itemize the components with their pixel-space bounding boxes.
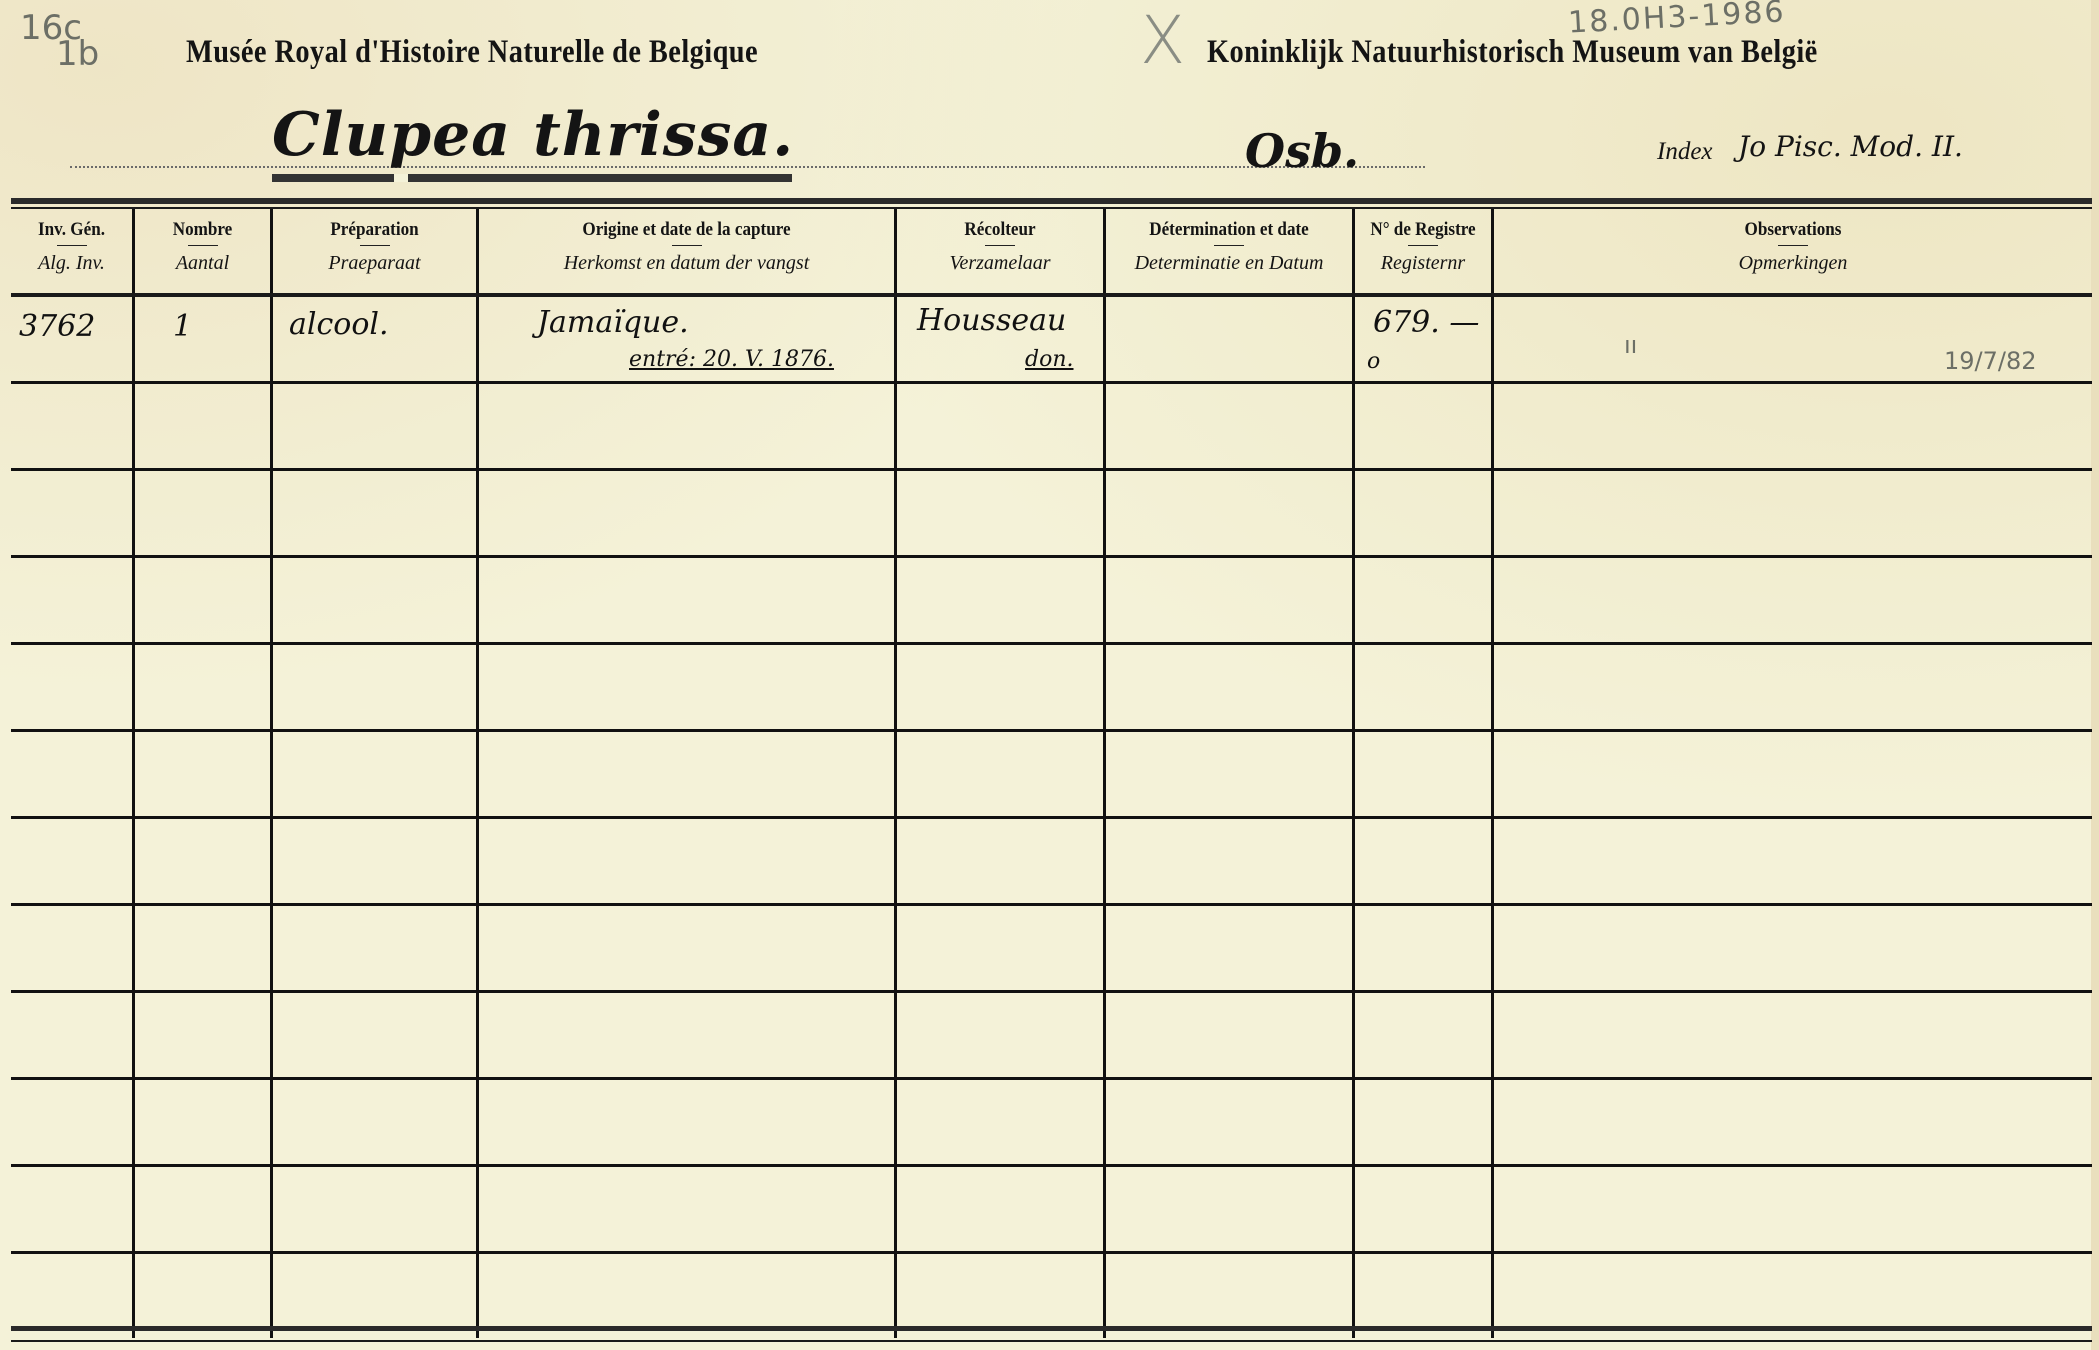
collector-name: Housseau [917, 303, 1066, 338]
empty-cell [1355, 993, 1494, 1077]
empty-cell [1106, 906, 1355, 990]
empty-cell [1494, 645, 2092, 729]
register-mark: o [1367, 349, 1380, 374]
divider [672, 245, 702, 246]
cell-determination [1106, 297, 1355, 381]
empty-cell [479, 384, 897, 468]
empty-cell [1106, 1167, 1355, 1251]
column-header-fr: Origine et date de la capture [500, 219, 874, 241]
empty-cell [1106, 384, 1355, 468]
empty-cell [135, 645, 273, 729]
empty-cell [135, 1080, 273, 1164]
empty-cell [273, 645, 479, 729]
column-header-fr: Détermination et date [1118, 219, 1339, 241]
empty-cell [1106, 732, 1355, 816]
cell-observations: ıı 19/7/82 [1494, 297, 2092, 381]
empty-cell [897, 819, 1106, 903]
index-label: Index [1657, 138, 1713, 166]
empty-cell [135, 558, 273, 642]
empty-cell [479, 1167, 897, 1251]
empty-cell [479, 993, 897, 1077]
empty-cell [479, 906, 897, 990]
empty-cell [897, 558, 1106, 642]
empty-cell [135, 1167, 273, 1251]
column-header-determination: Détermination et dateDeterminatie en Dat… [1106, 209, 1355, 293]
cell-register: 679. — o [1355, 297, 1494, 381]
empty-cell [1494, 819, 2092, 903]
empty-cell [479, 558, 897, 642]
empty-cell [479, 645, 897, 729]
empty-cell [273, 819, 479, 903]
empty-cell [1106, 471, 1355, 555]
cell-origin: Jamaïque. entré: 20. V. 1876. [479, 297, 897, 381]
divider [1214, 245, 1244, 246]
cell-inventory: 3762 [11, 297, 135, 381]
specimen-count: 1 [173, 309, 192, 344]
table-bottom-rule [11, 1326, 2092, 1331]
empty-cell [11, 471, 135, 555]
order-abbreviation: Osb. [1245, 124, 1359, 178]
empty-cell [1355, 384, 1494, 468]
table-row [11, 732, 2092, 819]
empty-cell [1106, 993, 1355, 1077]
table-row [11, 819, 2092, 906]
pencil-cross-mark: X [1140, 2, 1185, 79]
empty-cell [11, 732, 135, 816]
divider [360, 245, 390, 246]
empty-cell [1355, 732, 1494, 816]
header-top-rule [11, 198, 2092, 204]
empty-cell [1494, 906, 2092, 990]
empty-cell [11, 1167, 135, 1251]
empty-cell [1106, 558, 1355, 642]
empty-cell [11, 645, 135, 729]
table-row [11, 993, 2092, 1080]
column-header-fr: Récolteur [907, 219, 1092, 241]
table-row [11, 384, 2092, 471]
empty-cell [897, 732, 1106, 816]
empty-cell [273, 906, 479, 990]
empty-cell [897, 471, 1106, 555]
empty-cell [135, 471, 273, 555]
empty-cell [897, 1167, 1106, 1251]
table-row [11, 1167, 2092, 1254]
cell-count: 1 [135, 297, 273, 381]
empty-cell [897, 1080, 1106, 1164]
empty-cell [273, 471, 479, 555]
column-header-observations: ObservationsOpmerkingen [1494, 209, 2092, 293]
empty-cell [479, 1080, 897, 1164]
column-header-fr: Observations [1524, 219, 2062, 241]
empty-cell [11, 906, 135, 990]
collector-note: don. [1025, 347, 1074, 372]
species-name: Clupea thrissa. [272, 100, 794, 170]
empty-cell [273, 558, 479, 642]
divider [985, 245, 1015, 246]
specimen-index-card: 16c 1b X 18.0H3-1986 Musée Royal d'Histo… [0, 0, 2099, 1350]
register-table: Inv. Gén.Alg. Inv. NombreAantal Préparat… [11, 209, 2092, 1338]
column-header-nl: Praeparaat [273, 252, 476, 275]
empty-cell [1355, 558, 1494, 642]
origin-entry-date: entré: 20. V. 1876. [629, 347, 834, 372]
empty-cell [273, 993, 479, 1077]
divider [1778, 245, 1808, 246]
empty-cell [273, 384, 479, 468]
empty-cell [1106, 819, 1355, 903]
table-row: 3762 1 alcool. Jamaïque. entré: 20. V. 1… [11, 297, 2092, 384]
column-header-count: NombreAantal [135, 209, 273, 293]
index-value: Jo Pisc. Mod. II. [1738, 130, 1963, 163]
column-header-register: N° de RegistreRegisternr [1355, 209, 1494, 293]
empty-cell [897, 906, 1106, 990]
empty-cell [1494, 732, 2092, 816]
empty-cell [1355, 819, 1494, 903]
column-header-fr: Nombre [142, 219, 264, 241]
column-header-collector: RécolteurVerzamelaar [897, 209, 1106, 293]
empty-cell [1355, 1167, 1494, 1251]
paper-edge [2091, 0, 2099, 1350]
empty-cell [479, 471, 897, 555]
observation-date: 19/7/82 [1944, 347, 2037, 375]
preparation-value: alcool. [289, 307, 389, 342]
origin-location: Jamaïque. [537, 305, 689, 340]
empty-cell [135, 732, 273, 816]
empty-rows [11, 384, 2092, 1338]
column-header-nl: Registernr [1355, 252, 1491, 275]
divider [188, 245, 218, 246]
empty-cell [11, 558, 135, 642]
empty-cell [11, 819, 135, 903]
empty-cell [1494, 993, 2092, 1077]
column-header-nl: Alg. Inv. [11, 252, 132, 275]
column-header-nl: Determinatie en Datum [1106, 252, 1352, 275]
divider [1408, 245, 1438, 246]
empty-cell [1494, 471, 2092, 555]
column-header-preparation: PréparationPraeparaat [273, 209, 479, 293]
column-header-inventory: Inv. Gén.Alg. Inv. [11, 209, 135, 293]
empty-cell [897, 384, 1106, 468]
institution-name-french: Musée Royal d'Histoire Naturelle de Belg… [186, 34, 758, 71]
empty-cell [1355, 645, 1494, 729]
observation-mark: ıı [1624, 331, 1637, 359]
species-underline [272, 174, 792, 182]
column-header-fr: Préparation [283, 219, 466, 241]
empty-cell [1494, 1167, 2092, 1251]
empty-cell [1106, 1080, 1355, 1164]
empty-cell [1494, 384, 2092, 468]
empty-cell [479, 732, 897, 816]
table-bottom-thin-rule [11, 1340, 2092, 1342]
column-header-nl: Herkomst en datum der vangst [479, 252, 894, 275]
empty-cell [273, 732, 479, 816]
empty-cell [1106, 645, 1355, 729]
table-row [11, 1080, 2092, 1167]
empty-cell [135, 819, 273, 903]
cell-preparation: alcool. [273, 297, 479, 381]
cell-collector: Housseau don. [897, 297, 1106, 381]
table-header-row: Inv. Gén.Alg. Inv. NombreAantal Préparat… [11, 209, 2092, 297]
empty-cell [1355, 1080, 1494, 1164]
column-header-fr: Inv. Gén. [17, 219, 126, 241]
empty-cell [11, 384, 135, 468]
column-header-nl: Aantal [135, 252, 270, 275]
column-header-nl: Opmerkingen [1494, 252, 2092, 275]
empty-cell [135, 384, 273, 468]
empty-cell [135, 906, 273, 990]
empty-cell [479, 819, 897, 903]
institution-name-dutch: Koninklijk Natuurhistorisch Museum van B… [1207, 34, 1818, 71]
divider [57, 245, 87, 246]
empty-cell [273, 1080, 479, 1164]
empty-cell [11, 993, 135, 1077]
column-header-fr: N° de Registre [1362, 219, 1484, 241]
column-header-nl: Verzamelaar [897, 252, 1103, 275]
empty-cell [1494, 1080, 2092, 1164]
table-row [11, 558, 2092, 645]
empty-cell [897, 993, 1106, 1077]
inventory-number: 3762 [19, 309, 95, 344]
table-row [11, 471, 2092, 558]
column-header-origin: Origine et date de la captureHerkomst en… [479, 209, 897, 293]
table-row [11, 645, 2092, 732]
empty-cell [135, 993, 273, 1077]
pencil-note-code-2: 1b [56, 34, 99, 74]
empty-cell [273, 1167, 479, 1251]
empty-cell [1355, 906, 1494, 990]
empty-cell [897, 645, 1106, 729]
empty-cell [1355, 471, 1494, 555]
table-row [11, 906, 2092, 993]
empty-cell [1494, 558, 2092, 642]
empty-cell [11, 1080, 135, 1164]
register-number: 679. — [1373, 305, 1479, 340]
